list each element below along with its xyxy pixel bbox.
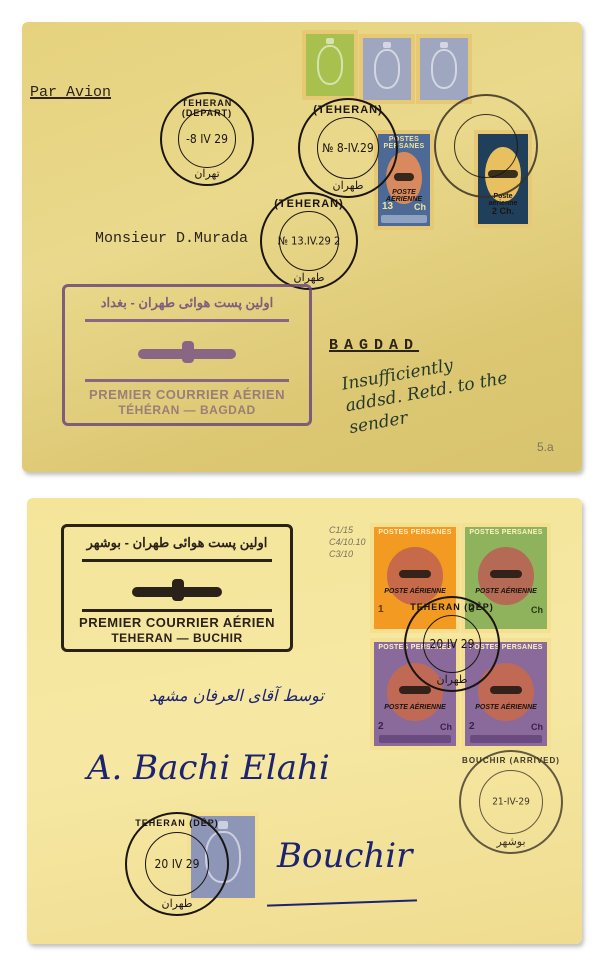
first-airmail-cachet-baghdad: اولین پست هوائی طهران - بغداد PREMIER CO… bbox=[62, 284, 312, 426]
pencil-note: 5.a bbox=[537, 440, 554, 454]
bouchir-arrived-postmark: BOUCHIR (ARRIVED) 21-IV-29 بوشهر bbox=[459, 750, 563, 854]
manuscript-note: Insufficiently addsd. Retd. to the sende… bbox=[340, 346, 513, 439]
pencil-catalog-codes: C1/15 C4/10.10 C3/10 bbox=[329, 524, 366, 560]
teheran-no13-postmark: (TEHERAN) № 13.IV.29 2 طهران bbox=[260, 192, 358, 290]
par-avion-label: Par Avion bbox=[30, 84, 111, 101]
underline-flourish bbox=[267, 899, 417, 906]
addressee-name-handwritten: A. Bachi Elahi bbox=[87, 748, 330, 788]
airmail-cover-bushire: اولین پست هوائی طهران - بوشهر PREMIER CO… bbox=[27, 498, 582, 944]
stamp-shah-green bbox=[302, 30, 358, 100]
first-airmail-cachet-bushire: اولین پست هوائی طهران - بوشهر PREMIER CO… bbox=[61, 524, 293, 652]
addressee-name: Monsieur D.Murada bbox=[95, 230, 248, 247]
stamp-shah-grey-2 bbox=[416, 34, 472, 104]
teheran-depart-postmark: TEHERAN (DEPART) -8 IV 29 تهران bbox=[160, 92, 254, 186]
bagdad-transit-postmark bbox=[434, 94, 538, 198]
teheran-depart-postmark-lower: TEHERAN (DÉP) 20 IV 29 طهران bbox=[125, 812, 229, 916]
destination-city-handwritten: Bouchir bbox=[277, 836, 412, 876]
teheran-no8-postmark: (TEHERAN) № 8-IV.29 طهران bbox=[298, 98, 398, 198]
persian-address-line: توسط آقای العرفان مشهد bbox=[149, 686, 324, 705]
stamp-shah-grey-1 bbox=[359, 34, 415, 104]
airmail-cover-baghdad: Par Avion TEHERAN (DEPART) -8 IV 29 تهرا… bbox=[22, 22, 582, 472]
destination-city: BAGDAD bbox=[329, 337, 419, 354]
teheran-depart-postmark-block: TEHERAN (DÉP) 20 IV 29 طهران bbox=[404, 596, 500, 692]
